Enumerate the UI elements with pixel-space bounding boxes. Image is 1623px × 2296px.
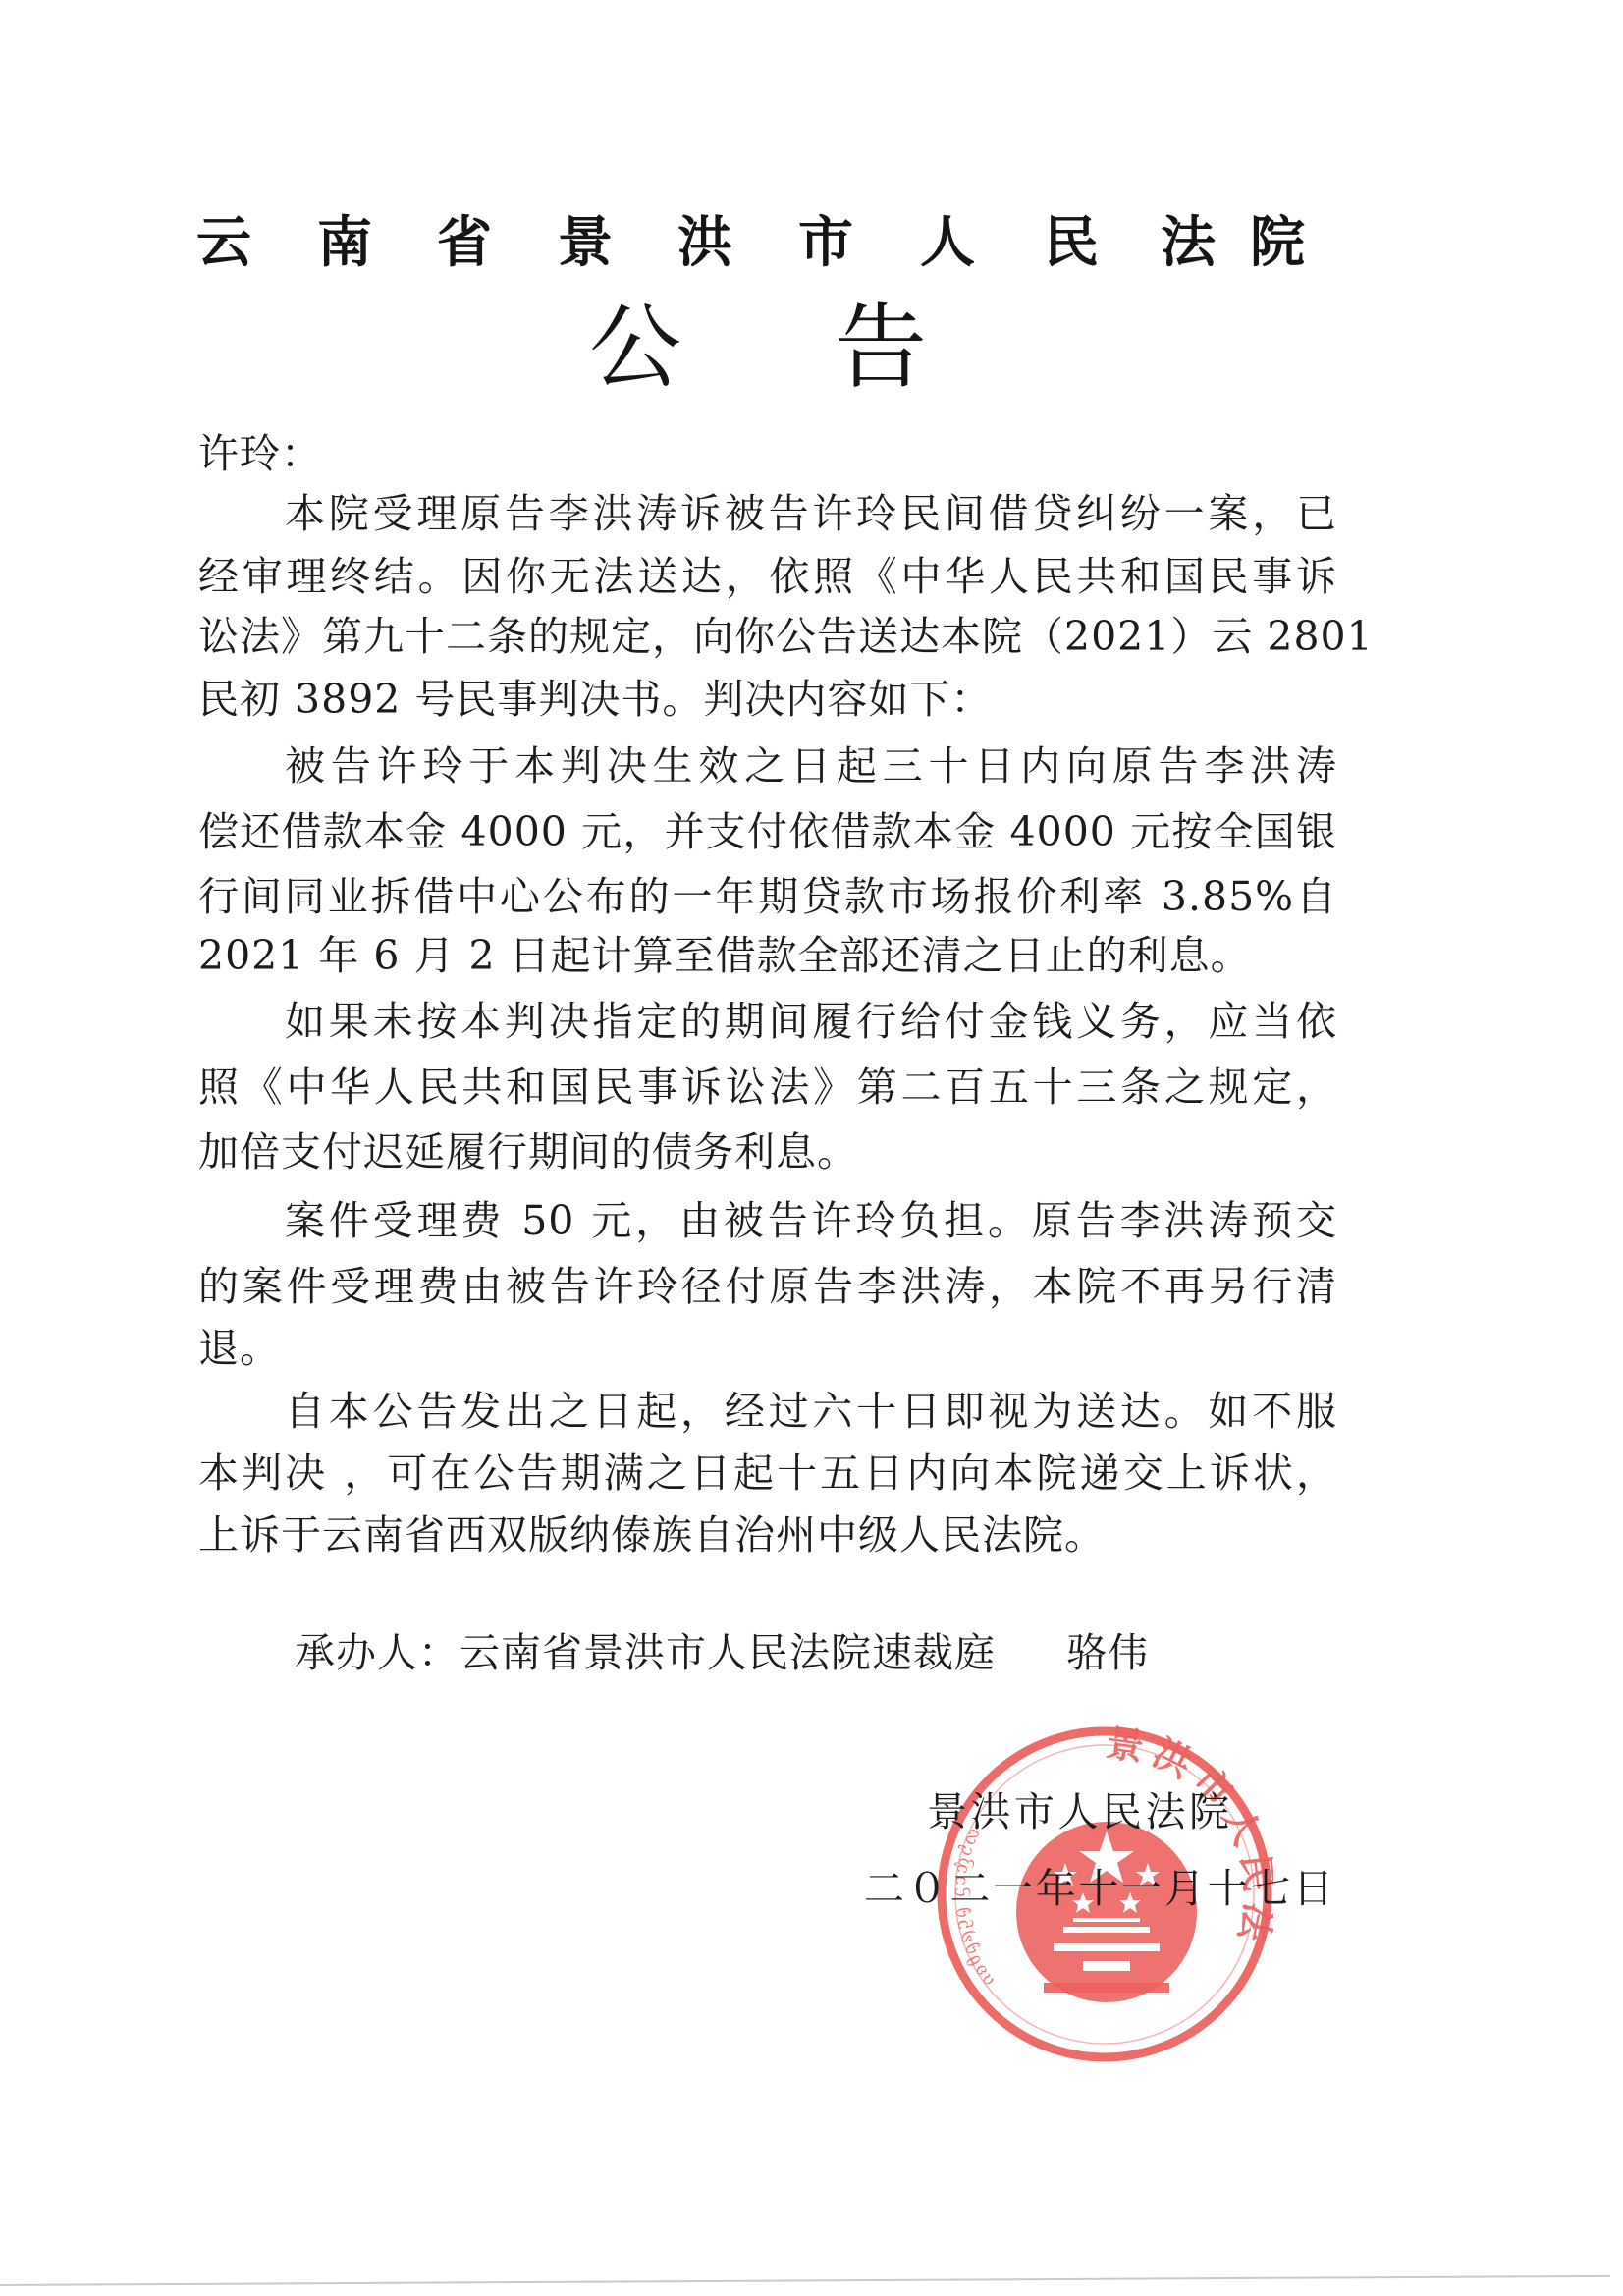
salutation: 许玲： — [198, 426, 322, 481]
handler-department: 云南省景洪市人民法院速裁庭 — [460, 1629, 996, 1676]
court-name-char: 云 — [196, 208, 251, 279]
court-name-char: 市 — [798, 208, 853, 279]
scan-edge-divider — [0, 2275, 1610, 2286]
body-line: 本院受理原告李洪涛诉被告许玲民间借贷纠纷一案，已 — [285, 486, 1337, 541]
court-name-char: 民 — [1044, 208, 1099, 279]
body-line: 如果未按本判决指定的期间履行给付金钱义务，应当依 — [285, 994, 1337, 1049]
court-name-char: 省 — [437, 208, 492, 279]
body-line: 上诉于云南省西双版纳傣族自治州中级人民法院。 — [198, 1507, 1106, 1562]
court-name-char: 洪 — [677, 208, 732, 279]
court-name-char: 人 — [920, 208, 975, 279]
body-line: 被告许玲于本判决生效之日起三十日内向原告李洪涛 — [285, 738, 1337, 793]
court-name-char: 景 — [558, 208, 613, 279]
body-line: 经审理终结。因你无法送达，依照《中华人民共和国民事诉 — [198, 549, 1337, 604]
notice-page: 云 南 省 景 洪 市 人 民 法 院 公 告 许玲： 本院受理原告李洪涛诉被告… — [0, 0, 1623, 2296]
handler-line: 承办人：云南省景洪市人民法院速裁庭骆伟 — [295, 1625, 1149, 1680]
document-title: 公 告 — [579, 295, 952, 403]
signature-court-name: 景洪市人民法院 — [927, 1784, 1229, 1839]
body-line: 的案件受理费由被告许玲径付原告李洪涛，本院不再另行清 — [198, 1259, 1337, 1314]
court-name-heading: 云 南 省 景 洪 市 人 民 法 院 — [192, 208, 1312, 279]
body-line: 讼法》第九十二条的规定，向你公告送达本院（2021）云 2801 — [198, 609, 1337, 664]
doc-title-char: 公 — [589, 295, 681, 403]
body-line: 民初 3892 号民事判决书。判决内容如下： — [198, 672, 992, 727]
signature-date: 二０二一年十一月十七日 — [864, 1861, 1333, 1916]
handler-label: 承办人： — [295, 1629, 460, 1676]
body-line: 偿还借款本金 4000 元，并支付依借款本金 4000 元按全国银 — [198, 804, 1337, 859]
doc-title-char: 告 — [835, 295, 927, 403]
body-line: 照《中华人民共和国民事诉讼法》第二百五十三条之规定， — [198, 1060, 1337, 1115]
court-name-char: 院 — [1250, 208, 1305, 279]
court-name-char: 南 — [317, 208, 372, 279]
body-line: 2021 年 6 月 2 日起计算至借款全部还清之日止的利息。 — [198, 928, 1252, 983]
court-name-char: 法 — [1161, 208, 1216, 279]
body-line: 本判决 ，可在公告期满之日起十五日内向本院递交上诉状， — [198, 1446, 1337, 1501]
body-line: 退。 — [198, 1321, 281, 1376]
handler-name: 骆伟 — [1066, 1629, 1149, 1676]
body-line: 加倍支付迟延履行期间的债务利息。 — [198, 1124, 858, 1179]
body-line: 行间同业拆借中心公布的一年期贷款市场报价利率 3.85%自 — [198, 869, 1337, 924]
body-line: 自本公告发出之日起，经过六十日即视为送达。如不服 — [285, 1384, 1337, 1439]
body-line: 案件受理费 50 元，由被告许玲负担。原告李洪涛预交 — [285, 1193, 1337, 1248]
